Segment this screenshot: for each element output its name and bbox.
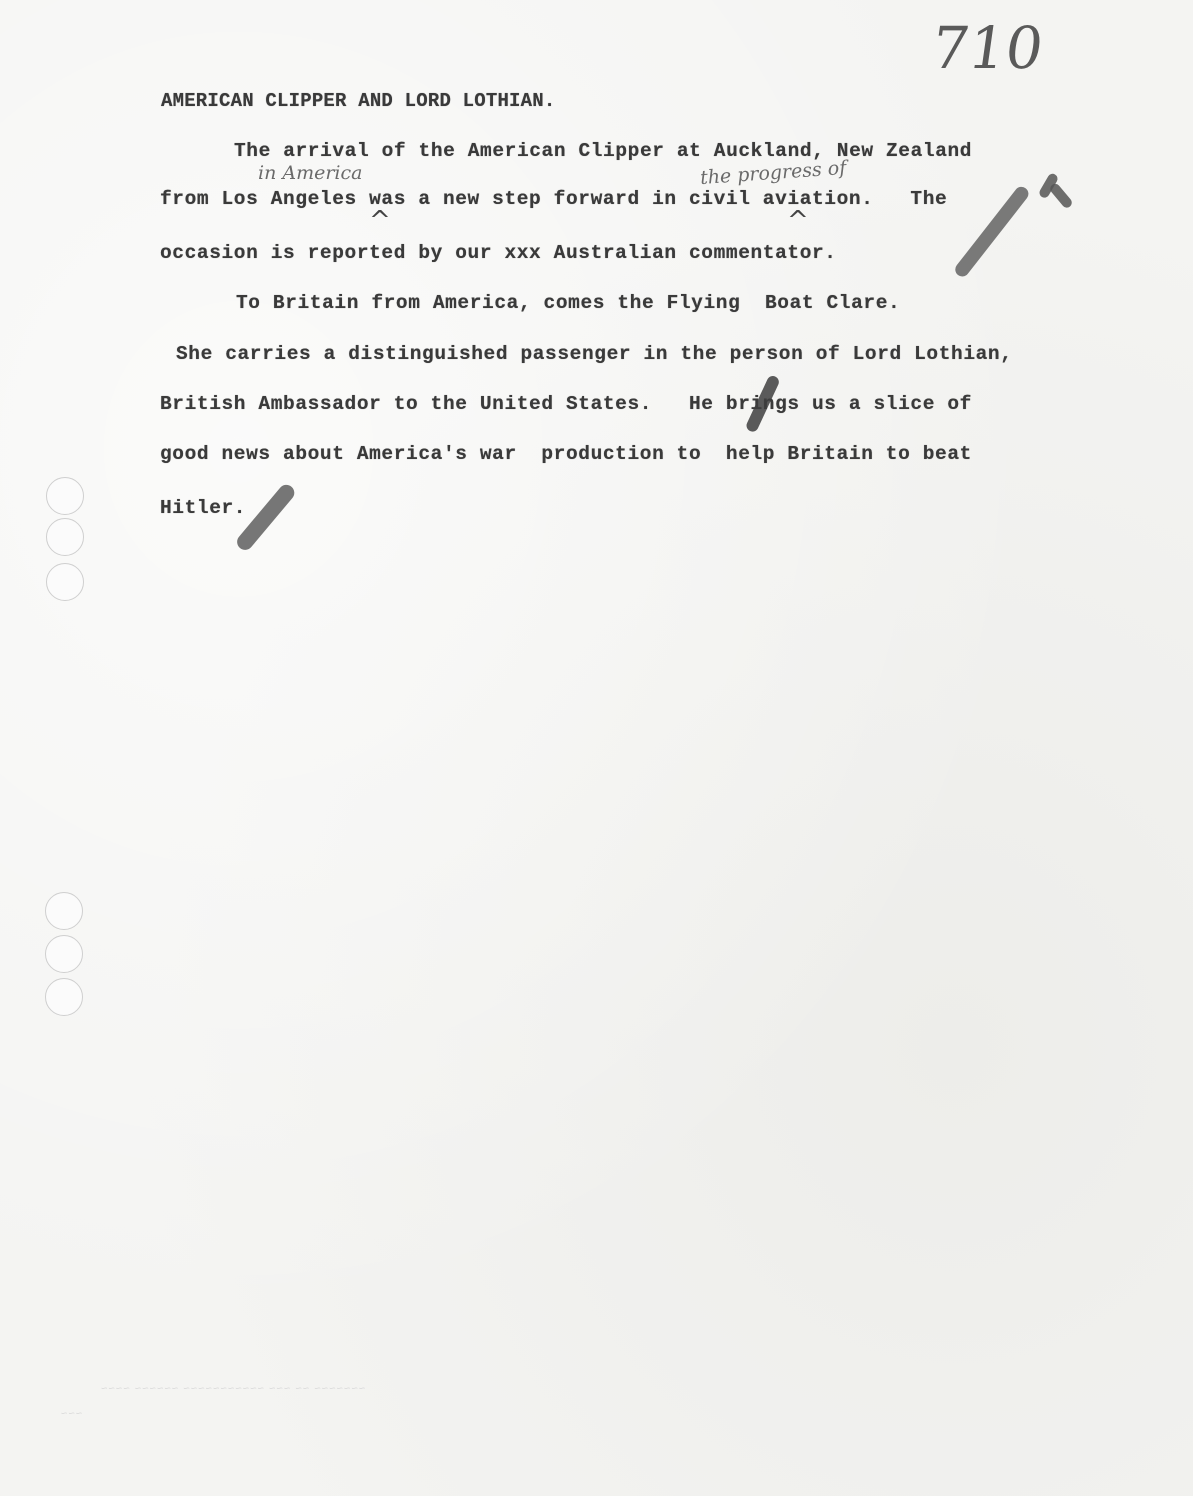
document-page: 710 AMERICAN CLIPPER AND LORD LOTHIAN. T… — [0, 0, 1193, 1496]
insert-caret-icon: ^ — [787, 208, 809, 234]
punch-hole — [46, 477, 84, 515]
document-title: AMERICAN CLIPPER AND LORD LOTHIAN. — [161, 90, 555, 112]
text-line-6: British Ambassador to the United States.… — [160, 393, 972, 415]
text-line-4: To Britain from America, comes the Flyin… — [236, 292, 900, 314]
punch-hole — [45, 892, 83, 930]
insert-caret-icon: ^ — [369, 208, 391, 234]
handwritten-insertion-1: in America — [258, 162, 362, 184]
pencil-arrowhead-icon — [1048, 182, 1074, 210]
bleed-through-text: ~~~~~~~ ~~ ~~~ ~~~~~~~~~~~ ~~~~~~ ~~~~ — [100, 1383, 365, 1395]
punch-hole — [46, 563, 84, 601]
punch-hole — [46, 518, 84, 556]
text-line-7: good news about America's war production… — [160, 443, 972, 465]
text-line-2: from Los Angeles was a new step forward … — [160, 188, 947, 210]
bleed-through-text: ~~~ — [60, 1408, 82, 1420]
handwritten-page-number: 710 — [927, 14, 1047, 82]
text-line-8: Hitler. — [160, 497, 246, 519]
punch-hole — [45, 935, 83, 973]
pencil-slash-icon — [952, 184, 1031, 279]
text-line-3: occasion is reported by our xxx Australi… — [160, 242, 837, 264]
punch-hole — [45, 978, 83, 1016]
text-line-1: The arrival of the American Clipper at A… — [234, 140, 972, 162]
text-line-5: She carries a distinguished passenger in… — [176, 343, 1013, 365]
